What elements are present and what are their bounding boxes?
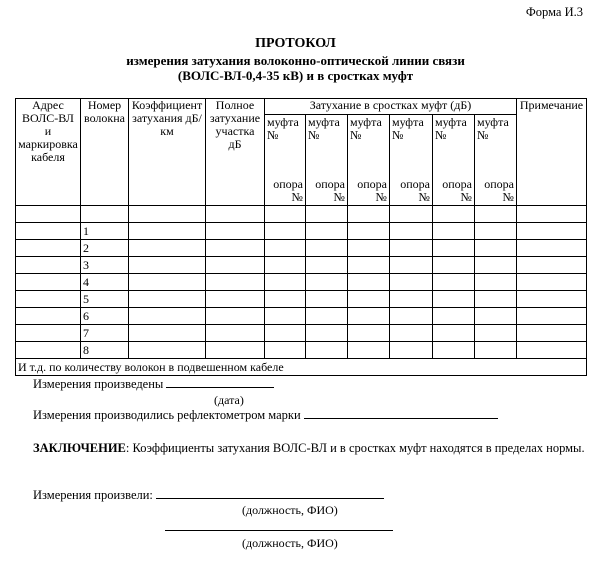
- table-cell[interactable]: [129, 291, 206, 308]
- document-subtitle-2: (ВОЛС-ВЛ-0,4-35 кВ) и в сростках муфт: [0, 68, 591, 84]
- table-cell[interactable]: [517, 274, 587, 291]
- fiber-number-cell[interactable]: 5: [81, 291, 129, 308]
- table-cell[interactable]: [206, 223, 265, 240]
- table-cell[interactable]: [348, 223, 390, 240]
- date-caption: (дата): [214, 393, 244, 408]
- protocol-table: Адрес ВОЛС-ВЛ и маркировка кабеля Номер …: [15, 98, 587, 376]
- signature-field-1[interactable]: [156, 488, 384, 499]
- table-cell[interactable]: [475, 257, 517, 274]
- table-cell[interactable]: [517, 325, 587, 342]
- table-cell[interactable]: [433, 325, 475, 342]
- table-cell[interactable]: [390, 291, 433, 308]
- table-cell[interactable]: [16, 206, 81, 223]
- signatures: Измерения произвели:: [33, 488, 384, 503]
- table-cell[interactable]: [306, 206, 348, 223]
- document-subtitle: измерения затухания волоконно-оптической…: [0, 53, 591, 69]
- conclusion: ЗАКЛЮЧЕНИЕ: Коэффициенты затухания ВОЛС-…: [15, 440, 587, 457]
- table-cell[interactable]: [517, 257, 587, 274]
- splice-label: муфта№: [435, 116, 467, 142]
- header-splice-1: муфта№опора№: [265, 115, 306, 206]
- table-cell[interactable]: [306, 240, 348, 257]
- table-cell[interactable]: [348, 342, 390, 359]
- header-splice-4: муфта№опора№: [390, 115, 433, 206]
- table-cell[interactable]: [475, 291, 517, 308]
- signatures-label: Измерения произвели:: [33, 488, 153, 502]
- table-cell[interactable]: [306, 342, 348, 359]
- fiber-number-cell[interactable]: 4: [81, 274, 129, 291]
- table-cell[interactable]: [433, 223, 475, 240]
- table-cell[interactable]: [16, 274, 81, 291]
- table-cell[interactable]: [390, 223, 433, 240]
- table-footer-note: И т.д. по количеству волокон в подвешенн…: [16, 359, 587, 376]
- table-cell[interactable]: [129, 257, 206, 274]
- table-cell[interactable]: [390, 325, 433, 342]
- reflectometer-line: Измерения производились рефлектометром м…: [33, 408, 498, 423]
- pole-label: опора№: [484, 178, 514, 204]
- table-cell[interactable]: [306, 274, 348, 291]
- table-cell[interactable]: [265, 257, 306, 274]
- table-cell[interactable]: [129, 206, 206, 223]
- table-cell[interactable]: [265, 274, 306, 291]
- table-row: 5: [16, 291, 587, 308]
- table-cell[interactable]: [475, 342, 517, 359]
- table-row: 7: [16, 325, 587, 342]
- table-cell[interactable]: [348, 325, 390, 342]
- fiber-number-cell[interactable]: 2: [81, 240, 129, 257]
- table-cell[interactable]: [265, 308, 306, 325]
- table-cell[interactable]: [517, 308, 587, 325]
- fiber-number-cell[interactable]: 8: [81, 342, 129, 359]
- table-cell[interactable]: [475, 240, 517, 257]
- conclusion-label: ЗАКЛЮЧЕНИЕ: [33, 441, 126, 455]
- table-cell[interactable]: [206, 274, 265, 291]
- table-cell[interactable]: [16, 223, 81, 240]
- table-cell[interactable]: [265, 291, 306, 308]
- table-cell[interactable]: [433, 291, 475, 308]
- table-cell[interactable]: [517, 291, 587, 308]
- table-cell[interactable]: [16, 240, 81, 257]
- table-cell[interactable]: [433, 257, 475, 274]
- header-splices-group: Затухание в сростках муфт (дБ): [265, 99, 517, 115]
- table-cell[interactable]: [348, 206, 390, 223]
- pole-label: опора№: [400, 178, 430, 204]
- table-cell[interactable]: [390, 308, 433, 325]
- table-row: 4: [16, 274, 587, 291]
- table-cell[interactable]: [475, 308, 517, 325]
- table-row: 6: [16, 308, 587, 325]
- table-cell[interactable]: [306, 308, 348, 325]
- pole-label: опора№: [357, 178, 387, 204]
- table-cell[interactable]: [206, 257, 265, 274]
- table-cell[interactable]: [16, 342, 81, 359]
- table-cell[interactable]: [306, 325, 348, 342]
- measurements-performed: Измерения произведены: [33, 377, 274, 392]
- table-cell[interactable]: [16, 257, 81, 274]
- splice-label: муфта№: [350, 116, 382, 142]
- pole-label: опора№: [442, 178, 472, 204]
- measurements-performed-label: Измерения произведены: [33, 377, 163, 391]
- table-cell[interactable]: [265, 223, 306, 240]
- table-cell[interactable]: [517, 223, 587, 240]
- header-address: Адрес ВОЛС-ВЛ и маркировка кабеля: [16, 99, 81, 206]
- header-splice-2: муфта№опора№: [306, 115, 348, 206]
- table-cell[interactable]: [517, 342, 587, 359]
- header-fiber-number: Номер волокна: [81, 99, 129, 206]
- table-row: 8: [16, 342, 587, 359]
- conclusion-text: : Коэффициенты затухания ВОЛС-ВЛ и в сро…: [126, 441, 585, 455]
- table-cell[interactable]: [206, 308, 265, 325]
- table-cell[interactable]: [390, 274, 433, 291]
- table-cell[interactable]: [475, 325, 517, 342]
- fiber-number-cell[interactable]: 1: [81, 223, 129, 240]
- table-cell[interactable]: [475, 274, 517, 291]
- table-cell[interactable]: [348, 308, 390, 325]
- table-cell[interactable]: [16, 308, 81, 325]
- signature-field-2[interactable]: [165, 520, 393, 531]
- table-cell[interactable]: [348, 291, 390, 308]
- fiber-number-cell[interactable]: 6: [81, 308, 129, 325]
- form-label: Форма И.3: [526, 5, 583, 20]
- reflectometer-label: Измерения производились рефлектометром м…: [33, 408, 301, 422]
- pole-label: опора№: [315, 178, 345, 204]
- fiber-number-cell[interactable]: 7: [81, 325, 129, 342]
- table-row: [16, 206, 587, 223]
- table-cell[interactable]: [206, 291, 265, 308]
- table-cell[interactable]: [16, 291, 81, 308]
- pole-label: опора№: [273, 178, 303, 204]
- header-splice-6: муфта№опора№: [475, 115, 517, 206]
- table-cell[interactable]: [265, 342, 306, 359]
- table-cell[interactable]: [433, 342, 475, 359]
- header-note: Примечание: [517, 99, 587, 206]
- table-cell[interactable]: [129, 308, 206, 325]
- table-cell[interactable]: [16, 325, 81, 342]
- table-cell[interactable]: [390, 240, 433, 257]
- splice-label: муфта№: [477, 116, 509, 142]
- header-splice-3: муфта№опора№: [348, 115, 390, 206]
- table-row: 2: [16, 240, 587, 257]
- table-cell[interactable]: [517, 240, 587, 257]
- table-cell[interactable]: [129, 342, 206, 359]
- signature-caption-1: (должность, ФИО): [242, 503, 338, 518]
- table-cell[interactable]: [129, 223, 206, 240]
- table-row: 1: [16, 223, 587, 240]
- fiber-number-cell[interactable]: 3: [81, 257, 129, 274]
- table-cell[interactable]: [433, 240, 475, 257]
- table-cell[interactable]: [206, 342, 265, 359]
- splice-label: муфта№: [267, 116, 299, 142]
- table-cell[interactable]: [306, 257, 348, 274]
- table-cell[interactable]: [206, 240, 265, 257]
- table-cell[interactable]: [517, 206, 587, 223]
- table-cell[interactable]: [265, 325, 306, 342]
- table-cell[interactable]: [348, 274, 390, 291]
- signature-line-2: [165, 520, 393, 535]
- table-cell[interactable]: [206, 325, 265, 342]
- header-total-attenuation: Полное затухание участка дБ: [206, 99, 265, 206]
- table-cell[interactable]: [348, 257, 390, 274]
- splice-label: муфта№: [308, 116, 340, 142]
- date-field[interactable]: [166, 377, 274, 388]
- table-row: 3: [16, 257, 587, 274]
- reflectometer-field[interactable]: [304, 408, 498, 419]
- table-cell[interactable]: [129, 274, 206, 291]
- table-cell[interactable]: [129, 325, 206, 342]
- table-cell[interactable]: [390, 342, 433, 359]
- table-cell[interactable]: [348, 240, 390, 257]
- table-cell[interactable]: [433, 308, 475, 325]
- header-coefficient: Коэффициент затухания дБ/км: [129, 99, 206, 206]
- table-cell[interactable]: [129, 240, 206, 257]
- header-splice-5: муфта№опора№: [433, 115, 475, 206]
- table-cell[interactable]: [306, 223, 348, 240]
- table-cell[interactable]: [475, 206, 517, 223]
- fiber-number-cell[interactable]: [81, 206, 129, 223]
- table-cell[interactable]: [265, 206, 306, 223]
- signature-caption-2: (должность, ФИО): [242, 536, 338, 551]
- table-cell[interactable]: [475, 223, 517, 240]
- table-cell[interactable]: [433, 274, 475, 291]
- table-cell[interactable]: [390, 257, 433, 274]
- table-cell[interactable]: [265, 240, 306, 257]
- splice-label: муфта№: [392, 116, 424, 142]
- table-cell[interactable]: [390, 206, 433, 223]
- table-cell[interactable]: [306, 291, 348, 308]
- table-cell[interactable]: [206, 206, 265, 223]
- document-title: ПРОТОКОЛ: [0, 36, 591, 52]
- table-cell[interactable]: [433, 206, 475, 223]
